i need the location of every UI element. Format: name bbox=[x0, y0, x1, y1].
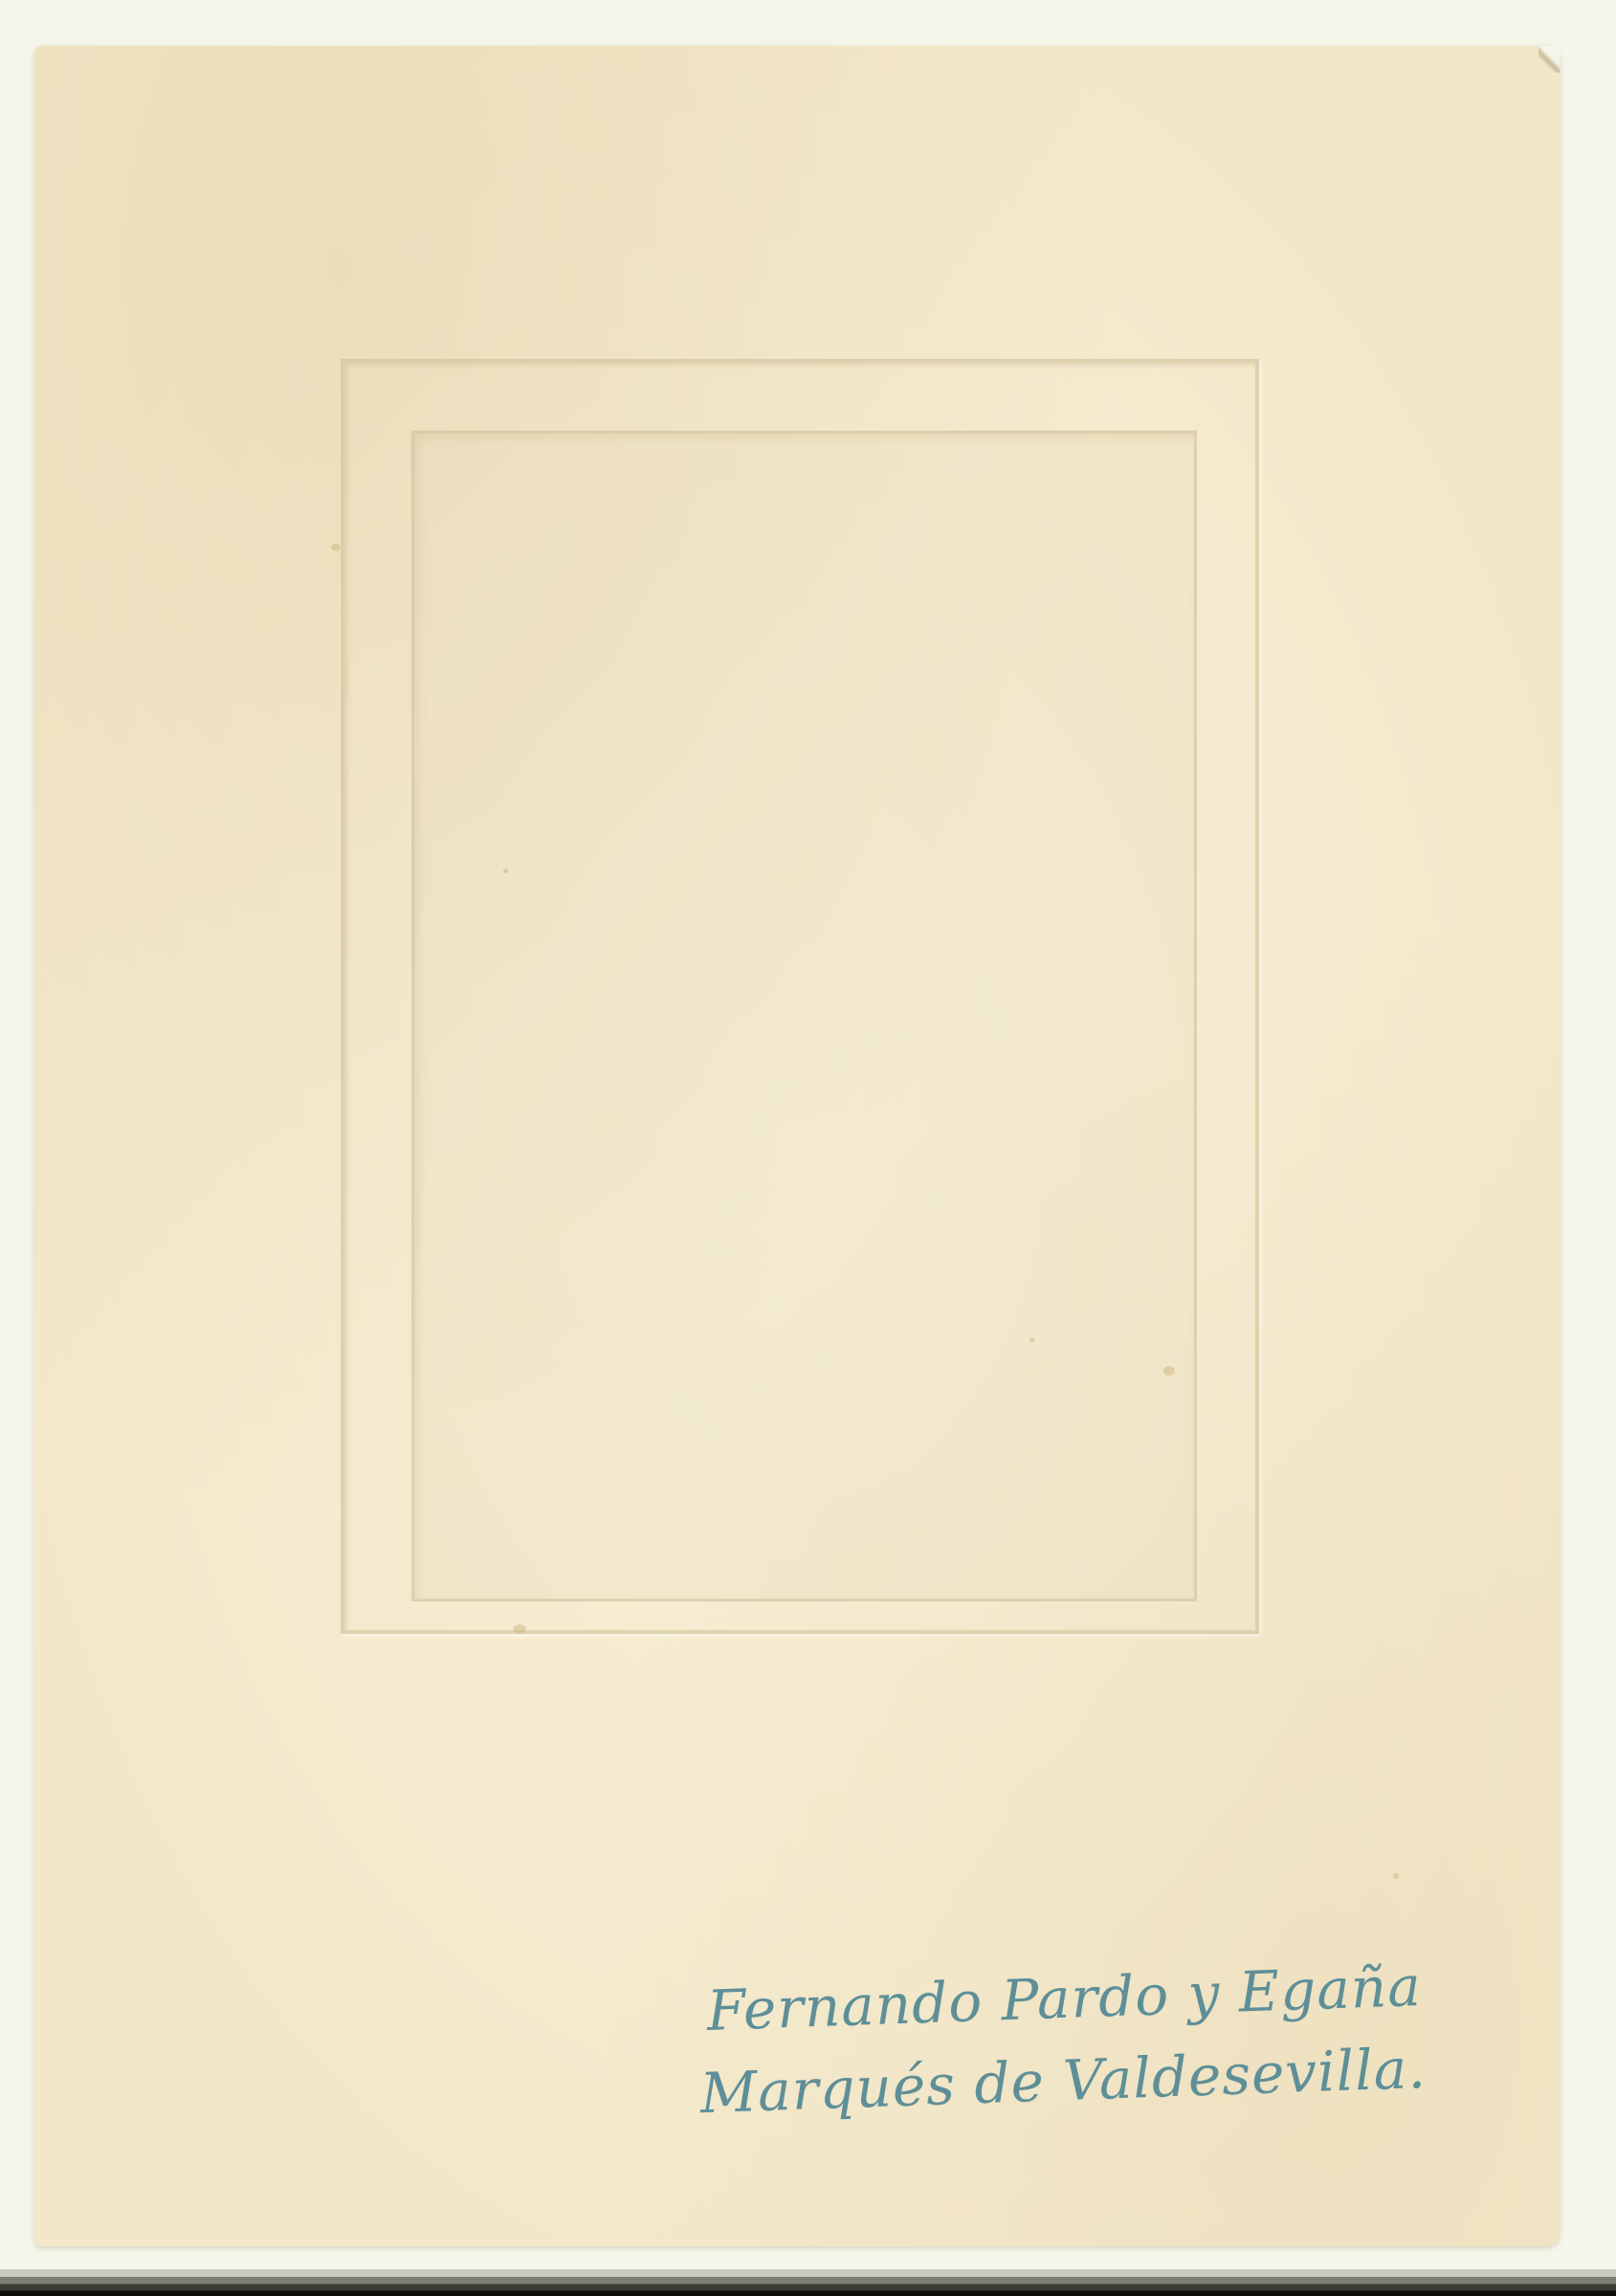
foxing-spot bbox=[513, 1624, 526, 1633]
plate-mark-inner bbox=[411, 430, 1197, 1601]
foxing-spot bbox=[503, 869, 508, 873]
color-calibration-strip bbox=[0, 2269, 1616, 2296]
foxing-spot bbox=[331, 543, 341, 551]
foxing-spot bbox=[1163, 1366, 1175, 1376]
foxing-spot bbox=[1393, 1873, 1399, 1879]
handwritten-inscription: Fernando Pardo y Egaña Marqués de Valdes… bbox=[705, 1943, 1476, 2134]
paper-sheet bbox=[34, 46, 1560, 2246]
foxing-spot bbox=[1029, 1337, 1035, 1342]
